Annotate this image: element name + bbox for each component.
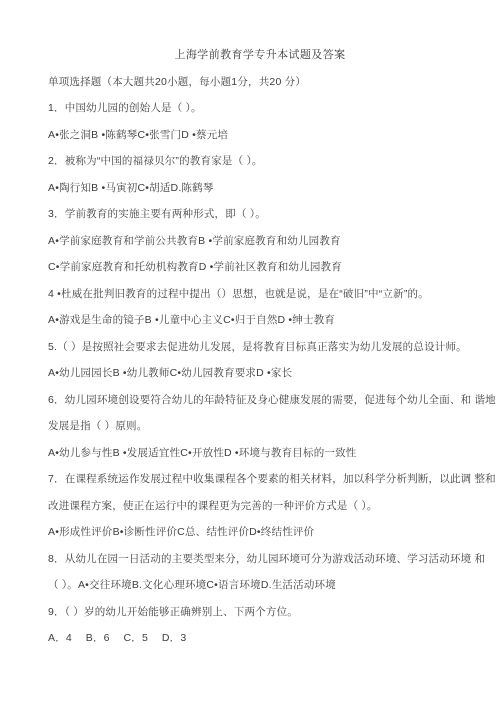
question-1-text: 1．中国幼儿园的创始人是（ ）。 <box>48 95 472 122</box>
question-7-options: A•形成性评价B•诊断性评价C总、结性评价D•终结性评价 <box>48 519 472 546</box>
question-5-options: A•幼儿园园长B •幼儿教师C•幼儿园教育要求D •家长 <box>48 360 472 387</box>
question-4-options: A•游戏是生命的镜子B •儿童中心主义C•归于自然D •绅士教育 <box>48 307 472 334</box>
question-5: 5.（ ）是按照社会要求去促进幼儿发展，是将教育目标真正落实为幼儿发展的总设计师… <box>48 334 472 387</box>
question-2-options: A•陶行知B •马寅初C•胡适D.陈鹤琴 <box>48 175 472 202</box>
question-1-options: A•张之洞B •陈鹤琴C•张雪门D •蔡元培 <box>48 122 472 149</box>
document-title: 上海学前教育学专升本试题及答案 <box>48 42 472 69</box>
question-2: 2．被称为“中国的福禄贝尔”的教育家是（ ）。 A•陶行知B •马寅初C•胡适D… <box>48 148 472 201</box>
question-8-text-line-2: （ ）。A•交往环境B.文化心理环境C•语言环境D.生活活动环境 <box>48 572 472 599</box>
question-8-text-line-1: 8．从幼儿在园一日活动的主要类型来分，幼儿园环境可分为游戏活动环境、学习活动环境… <box>48 546 472 573</box>
question-7-text-line-1: 7．在课程系统运作发展过程中收集课程各个要素的相关材料，加以科学分析判断，以此调… <box>48 466 472 493</box>
question-6-text-line-1: 6．幼儿园环境创设要符合幼儿的年龄特征及身心健康发展的需要，促进每个幼儿全面、和… <box>48 387 472 414</box>
question-8: 8．从幼儿在园一日活动的主要类型来分，幼儿园环境可分为游戏活动环境、学习活动环境… <box>48 546 472 599</box>
question-9-text: 9．（ ）岁的幼儿开始能够正确辨别上、下两个方位。 <box>48 599 472 626</box>
question-6: 6．幼儿园环境创设要符合幼儿的年龄特征及身心健康发展的需要，促进每个幼儿全面、和… <box>48 387 472 467</box>
section-header: 单项选择题（本大题共20小题，每小题1分，共20 分） <box>48 69 472 96</box>
question-6-text-line-2: 发展是指（ ）原则。 <box>48 413 472 440</box>
question-3-text: 3．学前教育的实施主要有两种形式，即（ ）。 <box>48 201 472 228</box>
document-content: 上海学前教育学专升本试题及答案 单项选择题（本大题共20小题，每小题1分，共20… <box>0 0 500 652</box>
question-1: 1．中国幼儿园的创始人是（ ）。 A•张之洞B •陈鹤琴C•张雪门D •蔡元培 <box>48 95 472 148</box>
question-3-options-ab: A•学前家庭教育和学前公共教育B •学前家庭教育和幼儿园教育 <box>48 228 472 255</box>
question-9: 9．（ ）岁的幼儿开始能够正确辨别上、下两个方位。 A．4 B．6 C．5 D．… <box>48 599 472 652</box>
exam-document-page: 上海学前教育学专升本试题及答案 单项选择题（本大题共20小题，每小题1分，共20… <box>0 0 500 707</box>
question-7: 7．在课程系统运作发展过程中收集课程各个要素的相关材料，加以科学分析判断，以此调… <box>48 466 472 546</box>
question-3-options-cd: C•学前家庭教育和托幼机构教育D •学前社区教育和幼儿园教育 <box>48 254 472 281</box>
question-9-options: A．4 B．6 C．5 D．3 <box>48 625 472 652</box>
question-2-text: 2．被称为“中国的福禄贝尔”的教育家是（ ）。 <box>48 148 472 175</box>
question-6-options: A•幼儿参与性B •发展适宜性C•开放性D •环境与教育目标的一致性 <box>48 440 472 467</box>
question-4-text: 4 •杜威在批判旧教育的过程中提出（）思想，也就是说，是在“破旧”中“立新”的。 <box>48 281 472 308</box>
question-5-text: 5.（ ）是按照社会要求去促进幼儿发展，是将教育目标真正落实为幼儿发展的总设计师… <box>48 334 472 361</box>
question-4: 4 •杜威在批判旧教育的过程中提出（）思想，也就是说，是在“破旧”中“立新”的。… <box>48 281 472 334</box>
question-7-text-line-2: 改进课程方案，使正在运行中的课程更为完善的一种评价方式是（ ）。 <box>48 493 472 520</box>
question-3: 3．学前教育的实施主要有两种形式，即（ ）。 A•学前家庭教育和学前公共教育B … <box>48 201 472 281</box>
